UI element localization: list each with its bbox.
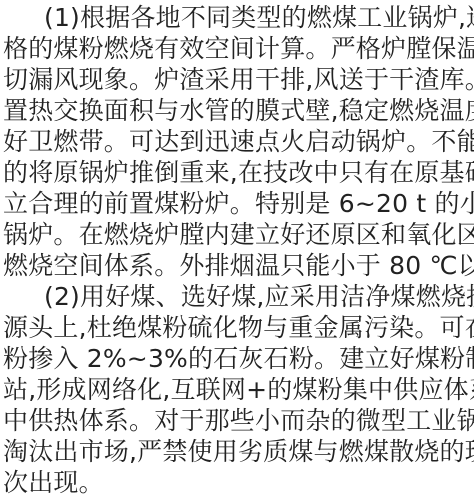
paragraph-1-line-9: 燃烧空间体系。外排烟温只能小于 80 ℃以下。 xyxy=(3,250,471,281)
paragraph-1-line-5: 好卫燃带。可达到迅速点火启动锅炉。不能盲目简单 xyxy=(3,126,471,157)
paragraph-1-line-3: 切漏风现象。炉渣采用干排,风送于干渣库。合理布 xyxy=(3,64,471,95)
paragraph-2-line-7: 次出现。 xyxy=(3,467,471,498)
paragraph-1-line-7: 立合理的前置煤粉炉。特别是 6~20 t 的小微型工业 xyxy=(3,188,471,219)
paragraph-2-line-2: 源头上,杜绝煤粉硫化物与重金属污染。可在磨制煤 xyxy=(3,312,471,343)
paragraph-1-line-1: (1)根据各地不同类型的燃煤工业锅炉,进行严 xyxy=(44,2,474,33)
paragraph-2-line-6: 淘汰出市场,严禁使用劣质煤与燃煤散烧的现象再 xyxy=(3,436,471,467)
paragraph-1-line-4: 置热交换面积与水管的膜式壁,稳定燃烧温度,建立 xyxy=(3,95,471,126)
paragraph-2-line-3: 粉掺入 2%~3%的石灰石粉。建立好煤粉制备中心 xyxy=(3,343,471,374)
paragraph-1-line-6: 的将原锅炉推倒重来,在技改中只有在原基础上,建 xyxy=(3,157,471,188)
paragraph-1-line-8: 锅炉。在燃烧炉膛内建立好还原区和氧化区的低氮 xyxy=(3,219,471,250)
paragraph-2-line-1: (2)用好煤、选好煤,应采用洁净煤燃烧技术,从 xyxy=(44,281,474,312)
paragraph-1-line-2: 格的煤粉燃烧有效空间计算。严格炉膛保温,杜绝一 xyxy=(3,33,471,64)
paragraph-2-line-4: 站,形成网络化,互联网+的煤粉集中供应体系与集 xyxy=(3,374,471,405)
paragraph-2-line-5: 中供热体系。对于那些小而杂的微型工业锅炉,尽快 xyxy=(3,405,471,436)
